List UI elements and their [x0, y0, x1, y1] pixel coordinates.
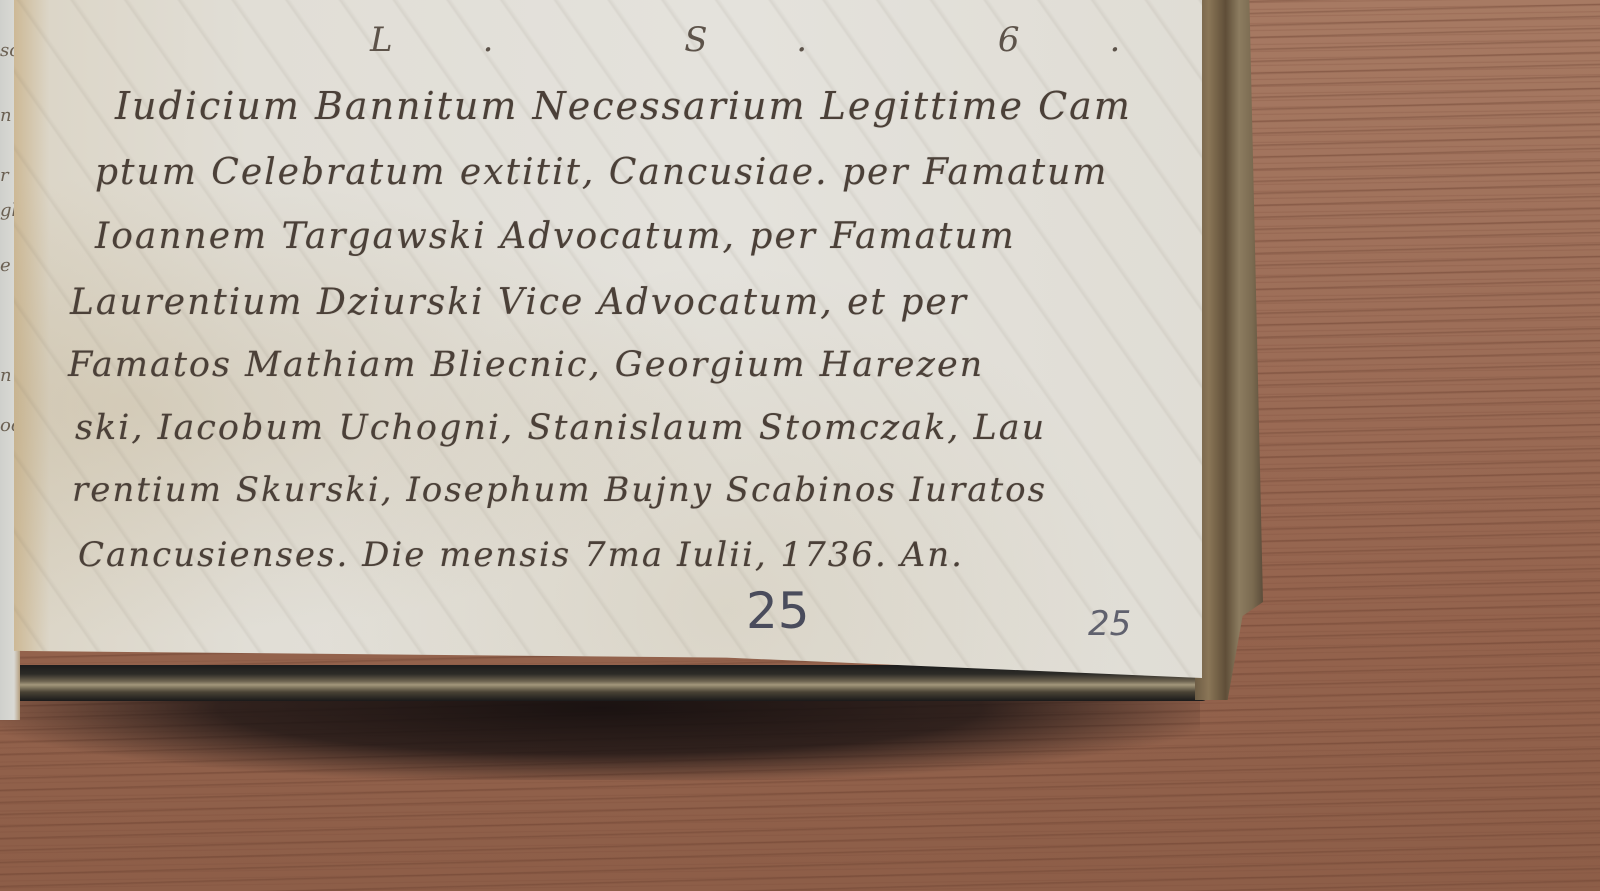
manuscript-line-6: ski, Iacobum Uchogni, Stanislaum Stomcza…	[75, 408, 1046, 448]
margin-fragment: e	[0, 255, 11, 276]
manuscript-line-5: Famatos Mathiam Bliecnic, Georgium Harez…	[68, 345, 984, 385]
folio-number-corner: 25	[1088, 604, 1131, 644]
manuscript-line-4: Laurentium Dziurski Vice Advocatum, et p…	[70, 282, 968, 323]
manuscript-line-3: Ioannem Targawski Advocatum, per Famatum	[95, 216, 1016, 257]
section-heading: L. S. 6.	[370, 20, 1210, 60]
margin-fragment: r	[0, 165, 9, 186]
folio-number-center: 25	[746, 582, 810, 640]
manuscript-line-8: Cancusienses. Die mensis 7ma Iulii, 1736…	[78, 535, 964, 575]
manuscript-line-7: rentium Skurski, Iosephum Bujny Scabinos…	[72, 470, 1047, 510]
manuscript-line-2: ptum Celebratum extitit, Cancusiae. per …	[95, 152, 1108, 193]
book-shadow	[0, 690, 1200, 780]
manuscript-line-1: Iudicium Bannitum Necessarium Legittime …	[115, 84, 1132, 128]
margin-fragment: n	[0, 365, 12, 386]
margin-fragment: n	[0, 105, 12, 126]
